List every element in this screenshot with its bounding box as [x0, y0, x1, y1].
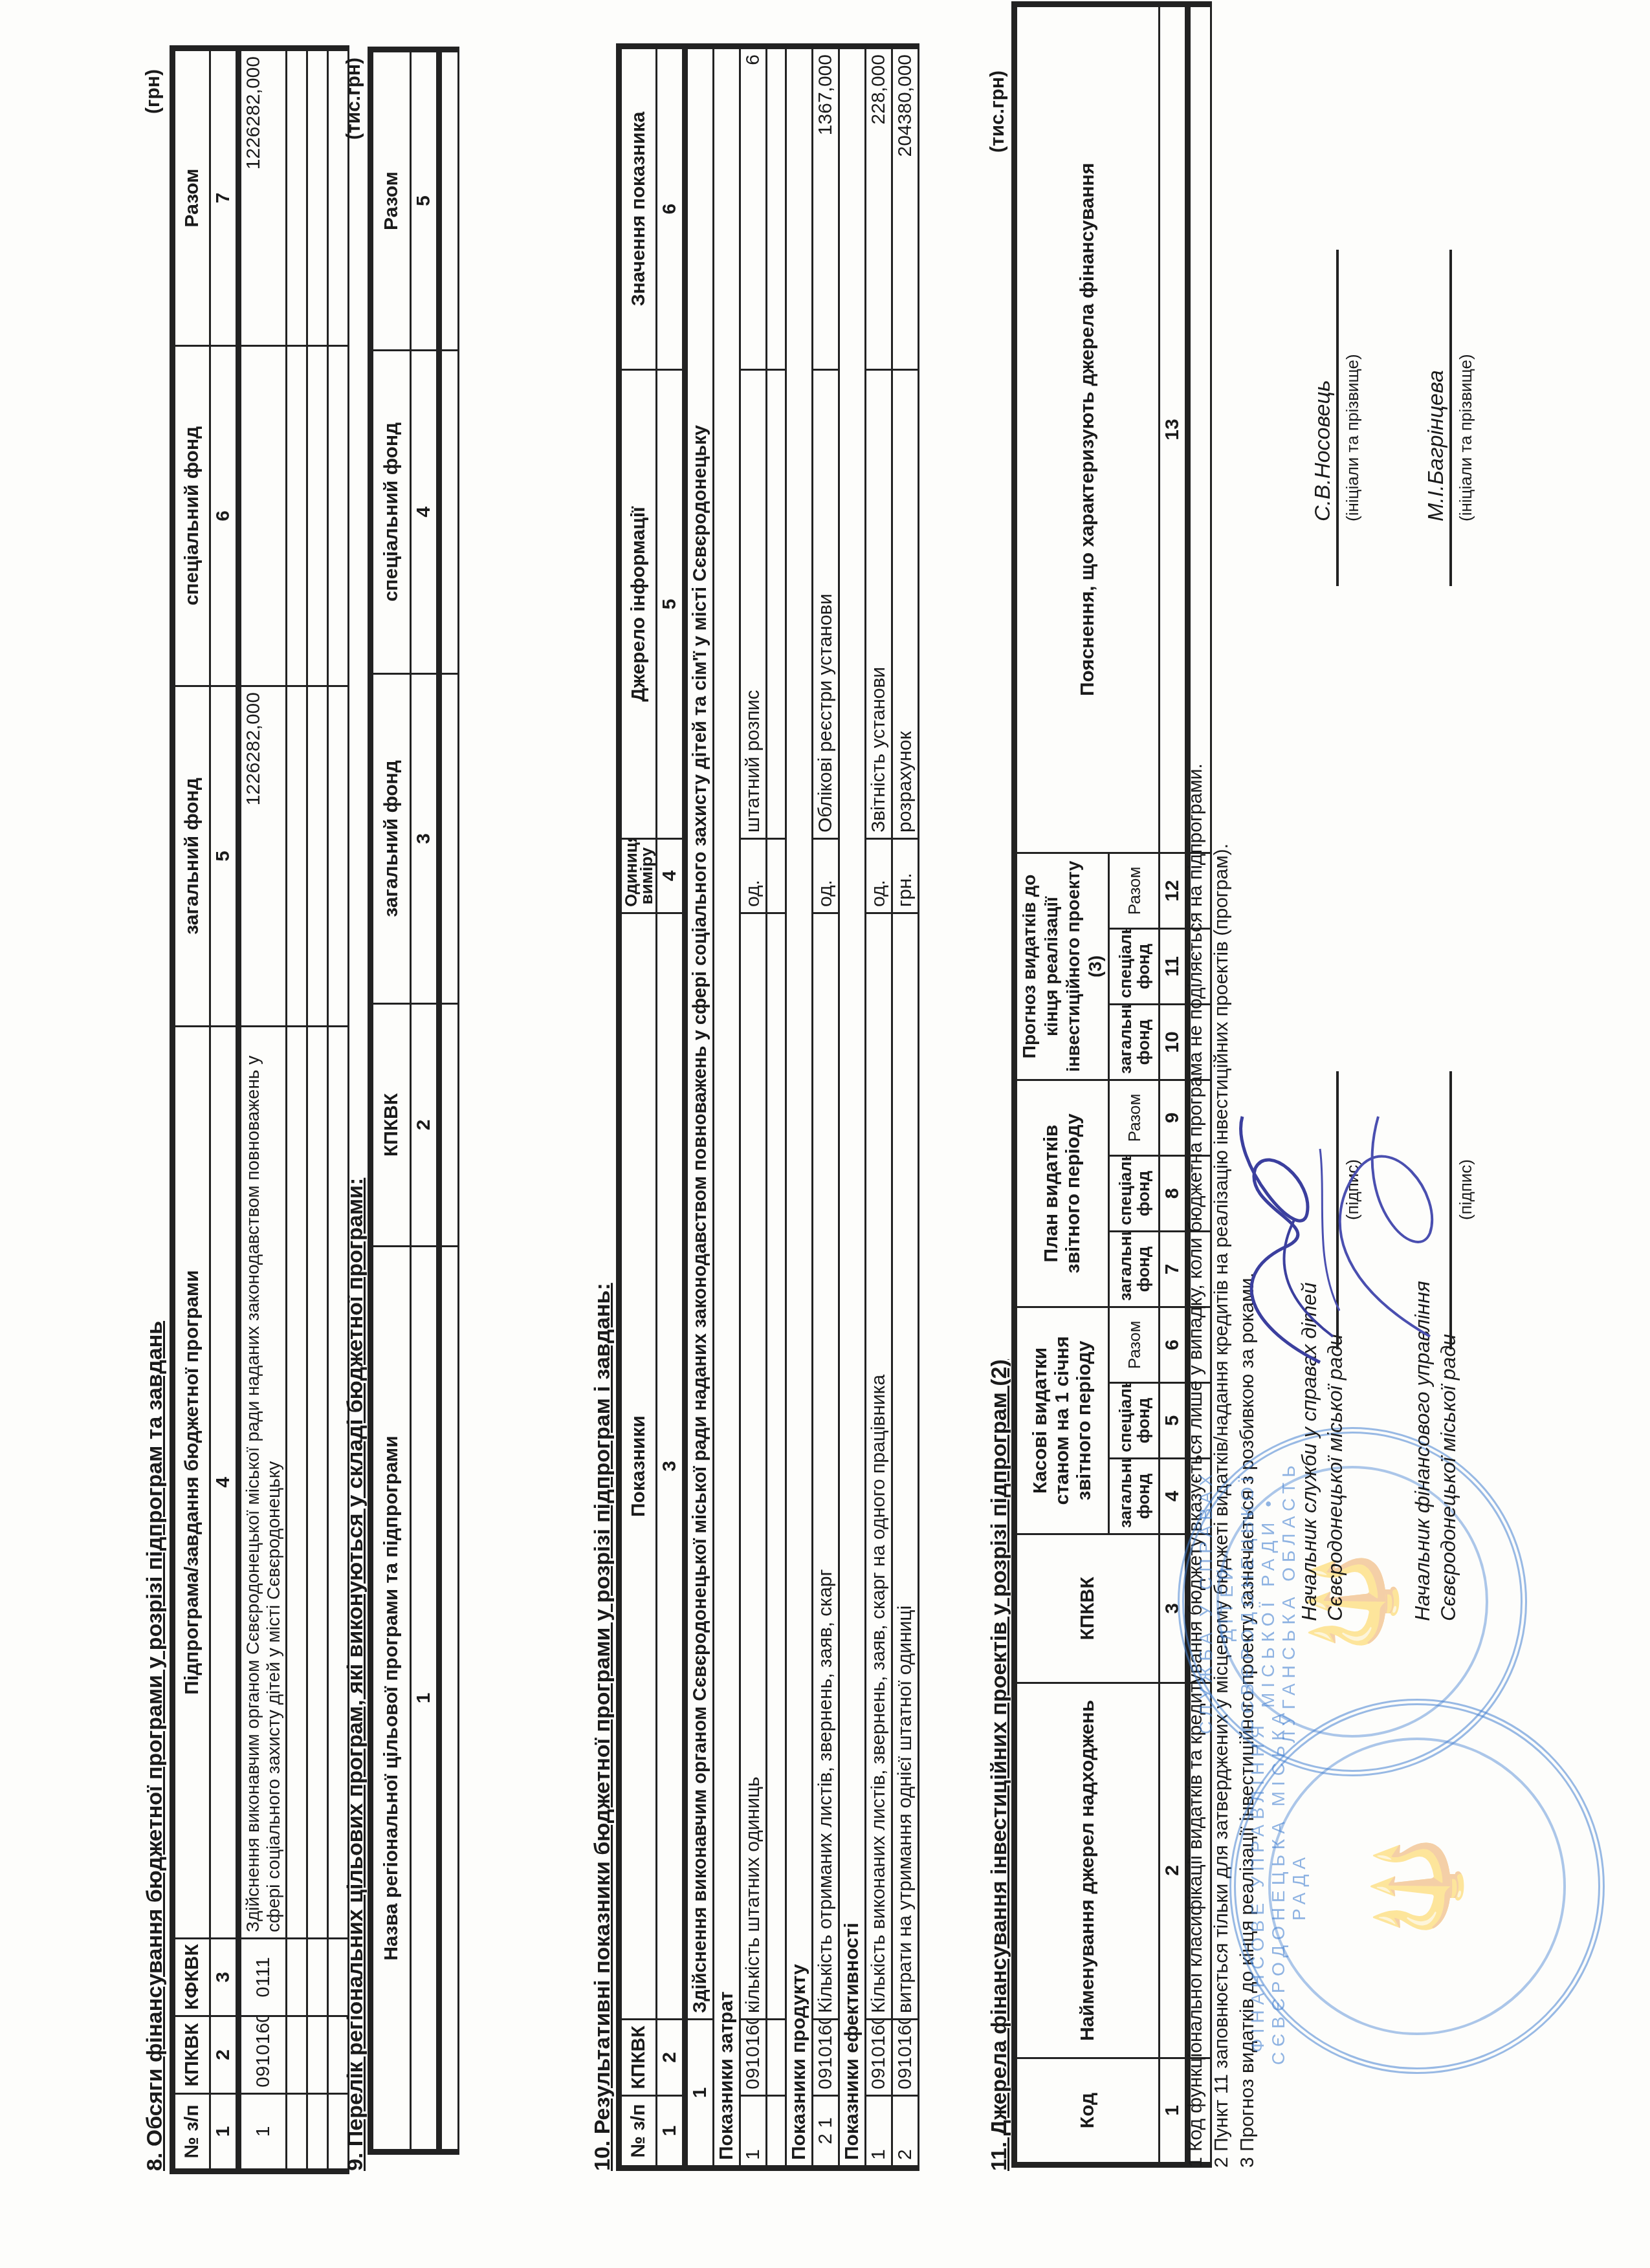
section9-table: Назва регіональної цільової програми та …: [368, 47, 459, 2155]
section9-unit: (тис.грн): [343, 58, 365, 140]
s10-cell-unit: од.: [866, 839, 892, 913]
s8-colnum: 4: [210, 1027, 239, 1939]
signer1-name-caption: (ініціали та прізвище): [1343, 354, 1363, 521]
table-row: 20910160витрати на утримання однієї штат…: [892, 47, 919, 2168]
s8-colnum: 3: [210, 1939, 239, 2016]
s8-h-no: № з/п: [173, 2094, 210, 2172]
s8-h-special: спеціальний фонд: [173, 346, 210, 686]
s8-colnum: 5: [210, 686, 239, 1027]
s10-colnum: 2: [657, 2020, 685, 2096]
s11-sub-special: спеціальний фонд: [1109, 1383, 1160, 1459]
s10-cell-name: кількість штатних одиниць: [740, 913, 767, 2020]
s10-cell-value: 1367,000: [813, 47, 839, 370]
s8-h-kpkvk: КПКВК: [173, 2016, 210, 2094]
s10-cell-kpkvk: 0910160: [866, 2020, 892, 2096]
s10-cell-no: 1: [740, 2096, 767, 2168]
table-row: 10910160Кількість виконаних листів, звер…: [866, 47, 892, 2168]
s10-group-name: Показники затрат: [714, 47, 740, 2168]
s10-cell-source: розрахунок: [892, 370, 919, 839]
signer2-name-caption: (ініціали та прізвище): [1456, 354, 1476, 521]
s11-sub-total: Разом: [1109, 1307, 1160, 1382]
table-row: 2 10910160Кількість отриманих листів, зв…: [813, 47, 839, 2168]
s10-cell-unit: од.: [740, 839, 767, 913]
s10-cell-value: 228,000: [866, 47, 892, 370]
s8-row-total: 1226282,000: [239, 49, 287, 346]
s11-sub-general: загальний фонд: [1109, 1004, 1160, 1080]
s8-row-special: [239, 346, 287, 686]
s10-h-unit: Одиниця виміру: [619, 839, 657, 913]
s10-group-header: Показники продукту: [786, 47, 813, 2168]
s11-h-name: Найменування джерел надходжень: [1015, 1683, 1160, 2058]
s10-h-kpkvk: КПКВК: [619, 2020, 657, 2096]
section10-title: 10. Результативні показники бюджетної пр…: [590, 1283, 615, 2171]
s10-cell-unit: од.: [813, 839, 839, 913]
s11-h-plan: План видатків звітного періоду: [1015, 1080, 1109, 1307]
s10-h-no: № з/п: [619, 2096, 657, 2168]
s11-h-forecast: Прогноз видатків до кінця реалізації інв…: [1015, 853, 1109, 1080]
section11-unit: (тис.грн): [987, 71, 1009, 153]
s10-colnum: 3: [657, 913, 685, 2020]
section9-title: 9. Перелік регіональних цільових програм…: [343, 1178, 368, 2171]
s10-h-indicators: Показники: [619, 913, 657, 2020]
s11-h-code: Код: [1015, 2058, 1160, 2165]
s10-colnum: 1: [657, 2096, 685, 2168]
s10-group-header: Показники затрат: [714, 47, 740, 2168]
s10-cell-no: 2: [892, 2096, 919, 2168]
s11-sub-special: спеціальний фонд: [1109, 928, 1160, 1004]
s10-cell-source: Облікові реєстри установи: [813, 370, 839, 839]
s10-cell-source: Звітність установи: [866, 370, 892, 839]
s10-colnum: 4: [657, 839, 685, 913]
s10-cell-source: штатний розпис: [740, 370, 767, 839]
s9-h-special: спеціальний фонд: [371, 351, 411, 674]
document-page: 8. Обсяги фінансування бюджетної програм…: [0, 0, 1650, 2268]
s10-cell-name: Кількість отриманих листів, звернень, за…: [813, 913, 839, 2020]
s10-groups: Показники затрат10910160кількість штатни…: [714, 47, 919, 2168]
stamp-children-service: 🔱 СЛУЖБА У СПРАВАХ ДІТЕЙ СЄВЄРОДОНЕЦЬКОЇ…: [1178, 1427, 1527, 1776]
s8-h-kfkvk: КФКВК: [173, 1939, 210, 2016]
s10-colnum: 6: [657, 47, 685, 370]
s8-h-total: Разом: [173, 49, 210, 346]
s10-group-name: Показники ефективності: [839, 47, 866, 2168]
signer1-name-line: [1336, 250, 1339, 586]
section8-table: № з/п КПКВК КФКВК Підпрограма/завдання б…: [170, 45, 349, 2174]
section11-title: 11. Джерела фінансування інвестиційних п…: [987, 1359, 1012, 2171]
s11-sub-total: Разом: [1109, 853, 1160, 928]
s9-h-total: Разом: [371, 50, 411, 351]
s10-h-source: Джерело інформації: [619, 370, 657, 839]
s10-group-name: Показники продукту: [786, 47, 813, 2168]
section8-title: 8. Обсяги фінансування бюджетної програм…: [142, 1321, 168, 2171]
s10-task-row: 1 Здійснення виконавчим органом Сєвєродо…: [685, 47, 714, 2168]
s9-colnum: 3: [411, 674, 439, 1004]
s11-sub-special: спеціальний фонд: [1109, 1155, 1160, 1231]
s9-colnum: 2: [411, 1004, 439, 1247]
s8-colnum: 1: [210, 2094, 239, 2172]
s11-h-explanation: Пояснення, що характеризують джерела фін…: [1015, 4, 1160, 853]
section10-table: № з/п КПКВК Показники Одиниця виміру Дже…: [616, 43, 919, 2171]
s8-row-kpkvk: 0910160: [239, 2016, 287, 2094]
s8-row-no: 1: [239, 2094, 287, 2172]
s9-colnum: 4: [411, 351, 439, 674]
s8-row-general: 1226282,000: [239, 686, 287, 1027]
signature-scribble-2: [1301, 1091, 1469, 1362]
s10-cell-kpkvk: 0910160: [892, 2020, 919, 2096]
section8-unit: (грн): [142, 69, 164, 114]
signer2-name: М.І.Багрінцева: [1424, 370, 1449, 521]
s10-cell-name: витрати на утримання однієї штатної один…: [892, 913, 919, 2020]
section11-table: Код Найменування джерел надходжень КПКВК…: [1011, 1, 1212, 2168]
s8-colnum: 6: [210, 346, 239, 686]
s9-h-kpkvk: КПКВК: [371, 1004, 411, 1247]
s11-sub-total: Разом: [1109, 1080, 1160, 1155]
s9-colnum: 1: [411, 1247, 439, 2152]
s8-row-task: Здійснення виконавчим органом Сєвєродоне…: [239, 1027, 287, 1939]
s9-h-general: загальний фонд: [371, 674, 411, 1004]
s10-colnum: 5: [657, 370, 685, 839]
signer2-position-line2: Сєвєродонецької міської ради: [1436, 1334, 1460, 1621]
s10-cell-no: 1: [866, 2096, 892, 2168]
table-row: 1 0910160 0111 Здійснення виконавчим орг…: [239, 49, 287, 2172]
s10-group-header: Показники ефективності: [839, 47, 866, 2168]
s8-colnum: 7: [210, 49, 239, 346]
s10-cell-no: 2 1: [813, 2096, 839, 2168]
s9-h-name: Назва регіональної цільової програми та …: [371, 1247, 411, 2152]
s8-row-kfkvk: 0111: [239, 1939, 287, 2016]
table-row: 10910160кількість штатних одиницьод.штат…: [740, 47, 767, 2168]
s10-task-text: Здійснення виконавчим органом Сєвєродоне…: [685, 47, 714, 2020]
signer1-position-line2: Сєвєродонецької міської ради: [1323, 1334, 1347, 1621]
s8-h-task: Підпрограма/завдання бюджетної програми: [173, 1027, 210, 1939]
s10-task-no: 1: [685, 2020, 714, 2168]
s8-colnum: 2: [210, 2016, 239, 2094]
s11-colnum: 13: [1160, 4, 1188, 853]
s10-cell-value: 6: [740, 47, 767, 370]
stamp-text: СЛУЖБА У СПРАВАХ ДІТЕЙ СЄВЄРОДОНЕЦЬКОЇ М…: [1196, 1434, 1299, 1770]
s10-cell-name: Кількість виконаних листів, звернень, за…: [866, 913, 892, 2020]
s11-sub-general: загальний фонд: [1109, 1231, 1160, 1307]
s10-cell-unit: грн.: [892, 839, 919, 913]
s9-colnum: 5: [411, 50, 439, 351]
trident-icon: 🔱: [1368, 1834, 1467, 1939]
s11-sub-general: загальний фонд: [1109, 1459, 1160, 1534]
s10-cell-kpkvk: 0910160: [740, 2020, 767, 2096]
s11-h-cash: Касові видатки станом на 1 січня звітног…: [1015, 1307, 1109, 1534]
s10-h-value: Значення показника: [619, 47, 657, 370]
signer1-name: С.В.Носовець: [1310, 380, 1336, 521]
s11-h-kpkvk: КПКВК: [1015, 1534, 1160, 1683]
s10-cell-value: 204380,000: [892, 47, 919, 370]
signer2-name-line: [1449, 250, 1452, 586]
s10-cell-kpkvk: 0910160: [813, 2020, 839, 2096]
s8-h-general: загальний фонд: [173, 686, 210, 1027]
